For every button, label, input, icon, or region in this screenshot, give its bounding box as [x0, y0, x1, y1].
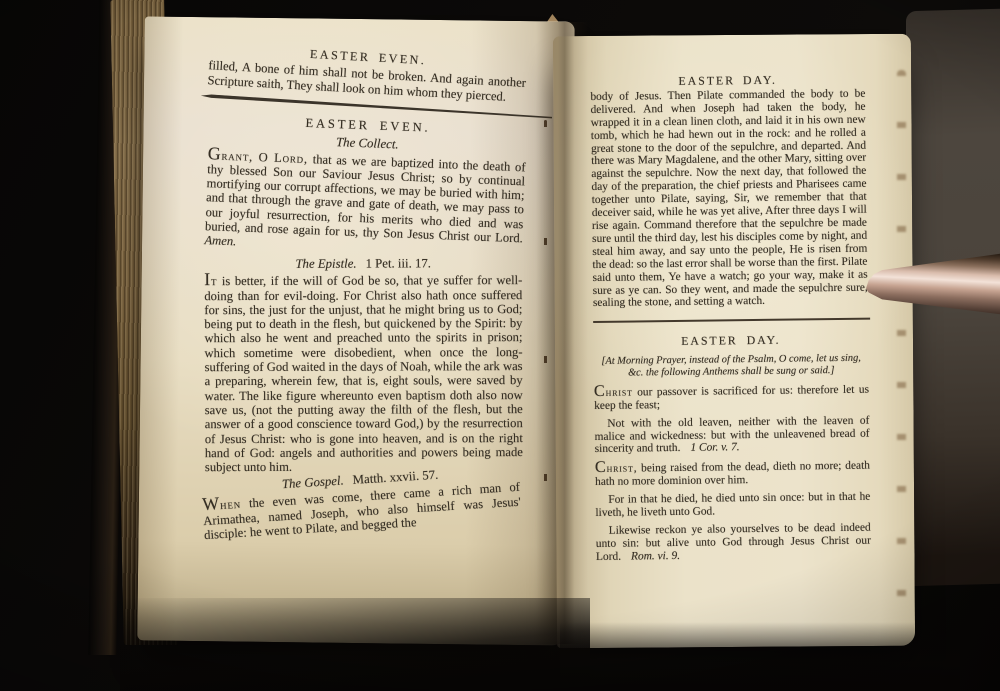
right-page-text: EASTER DAY. body of Jesus. Then Pilate c… — [590, 73, 871, 564]
anthem-5: Likewise reckon ye also yourselves to be… — [596, 522, 871, 564]
left-page: EASTER EVEN. filled, A bone of him shall… — [137, 16, 575, 645]
page-edge-foxing — [897, 70, 906, 615]
epistle-text: is better, if the will of God be so, tha… — [204, 273, 523, 474]
right-section-title: EASTER DAY. — [593, 333, 868, 349]
anthem-1: Christ our passover is sacrificed for us… — [594, 381, 869, 412]
epistle-paragraph: It is better, if the will of God be so, … — [204, 270, 523, 474]
collect-text: that as we are baptized into the death o… — [205, 152, 526, 246]
anthem-3-lead: Christ, — [595, 463, 638, 476]
anthem-1-lead: Christ — [594, 386, 633, 398]
anthem-3-text: being raised from the dead, dieth no mor… — [595, 460, 870, 488]
anthem-1-text: our passover is sacrificed for us: there… — [594, 383, 869, 411]
collect-block: EASTER EVEN. The Collect. Grant, O Lord,… — [204, 112, 527, 260]
shadow-under-left-page — [120, 598, 590, 691]
gospel-block: The Gospel.Matth. xxvii. 57. When the ev… — [201, 463, 522, 542]
right-page: EASTER DAY. body of Jesus. Then Pilate c… — [553, 34, 915, 648]
rubric: [At Morning Prayer, instead of the Psalm… — [598, 352, 865, 379]
epistle-heading-label: The Epistle. — [295, 256, 356, 270]
epistle-reference: 1 Pet. iii. 17. — [366, 256, 431, 270]
right-page-content: EASTER DAY. body of Jesus. Then Pilate c… — [553, 34, 915, 648]
anthem-3: Christ, being raised from the dead, diet… — [595, 458, 870, 489]
epistle-lead: It — [204, 274, 217, 288]
book-photo: EASTER EVEN. filled, A bone of him shall… — [0, 0, 1000, 691]
anthem-4-text: For in that he died, he died unto sin on… — [595, 491, 870, 519]
right-running-header: EASTER DAY. — [590, 73, 865, 89]
anthem-2-reference: 1 Cor. v. 7. — [690, 442, 739, 455]
left-top-block: EASTER EVEN. filled, A bone of him shall… — [207, 41, 528, 117]
anthem-4: For in that he died, he died unto sin on… — [595, 491, 870, 520]
right-body-paragraph: body of Jesus. Then Pilate commanded the… — [590, 88, 868, 311]
anthem-5-reference: Rom. vi. 9. — [631, 550, 680, 563]
shadow-under-right-page — [560, 622, 960, 691]
collect-paragraph: Grant, O Lord, that as we are baptized i… — [204, 145, 526, 260]
epistle-block: The Epistle.1 Pet. iii. 17. It is better… — [204, 256, 523, 475]
epistle-heading: The Epistle.1 Pet. iii. 17. — [204, 256, 522, 271]
binding-stitches — [544, 120, 547, 550]
anthem-2: Not with the old leaven, neither with th… — [594, 414, 869, 456]
left-page-content: EASTER EVEN. filled, A bone of him shall… — [137, 16, 575, 645]
collect-amen: Amen. — [204, 233, 236, 248]
separator-rule-right — [593, 318, 870, 323]
